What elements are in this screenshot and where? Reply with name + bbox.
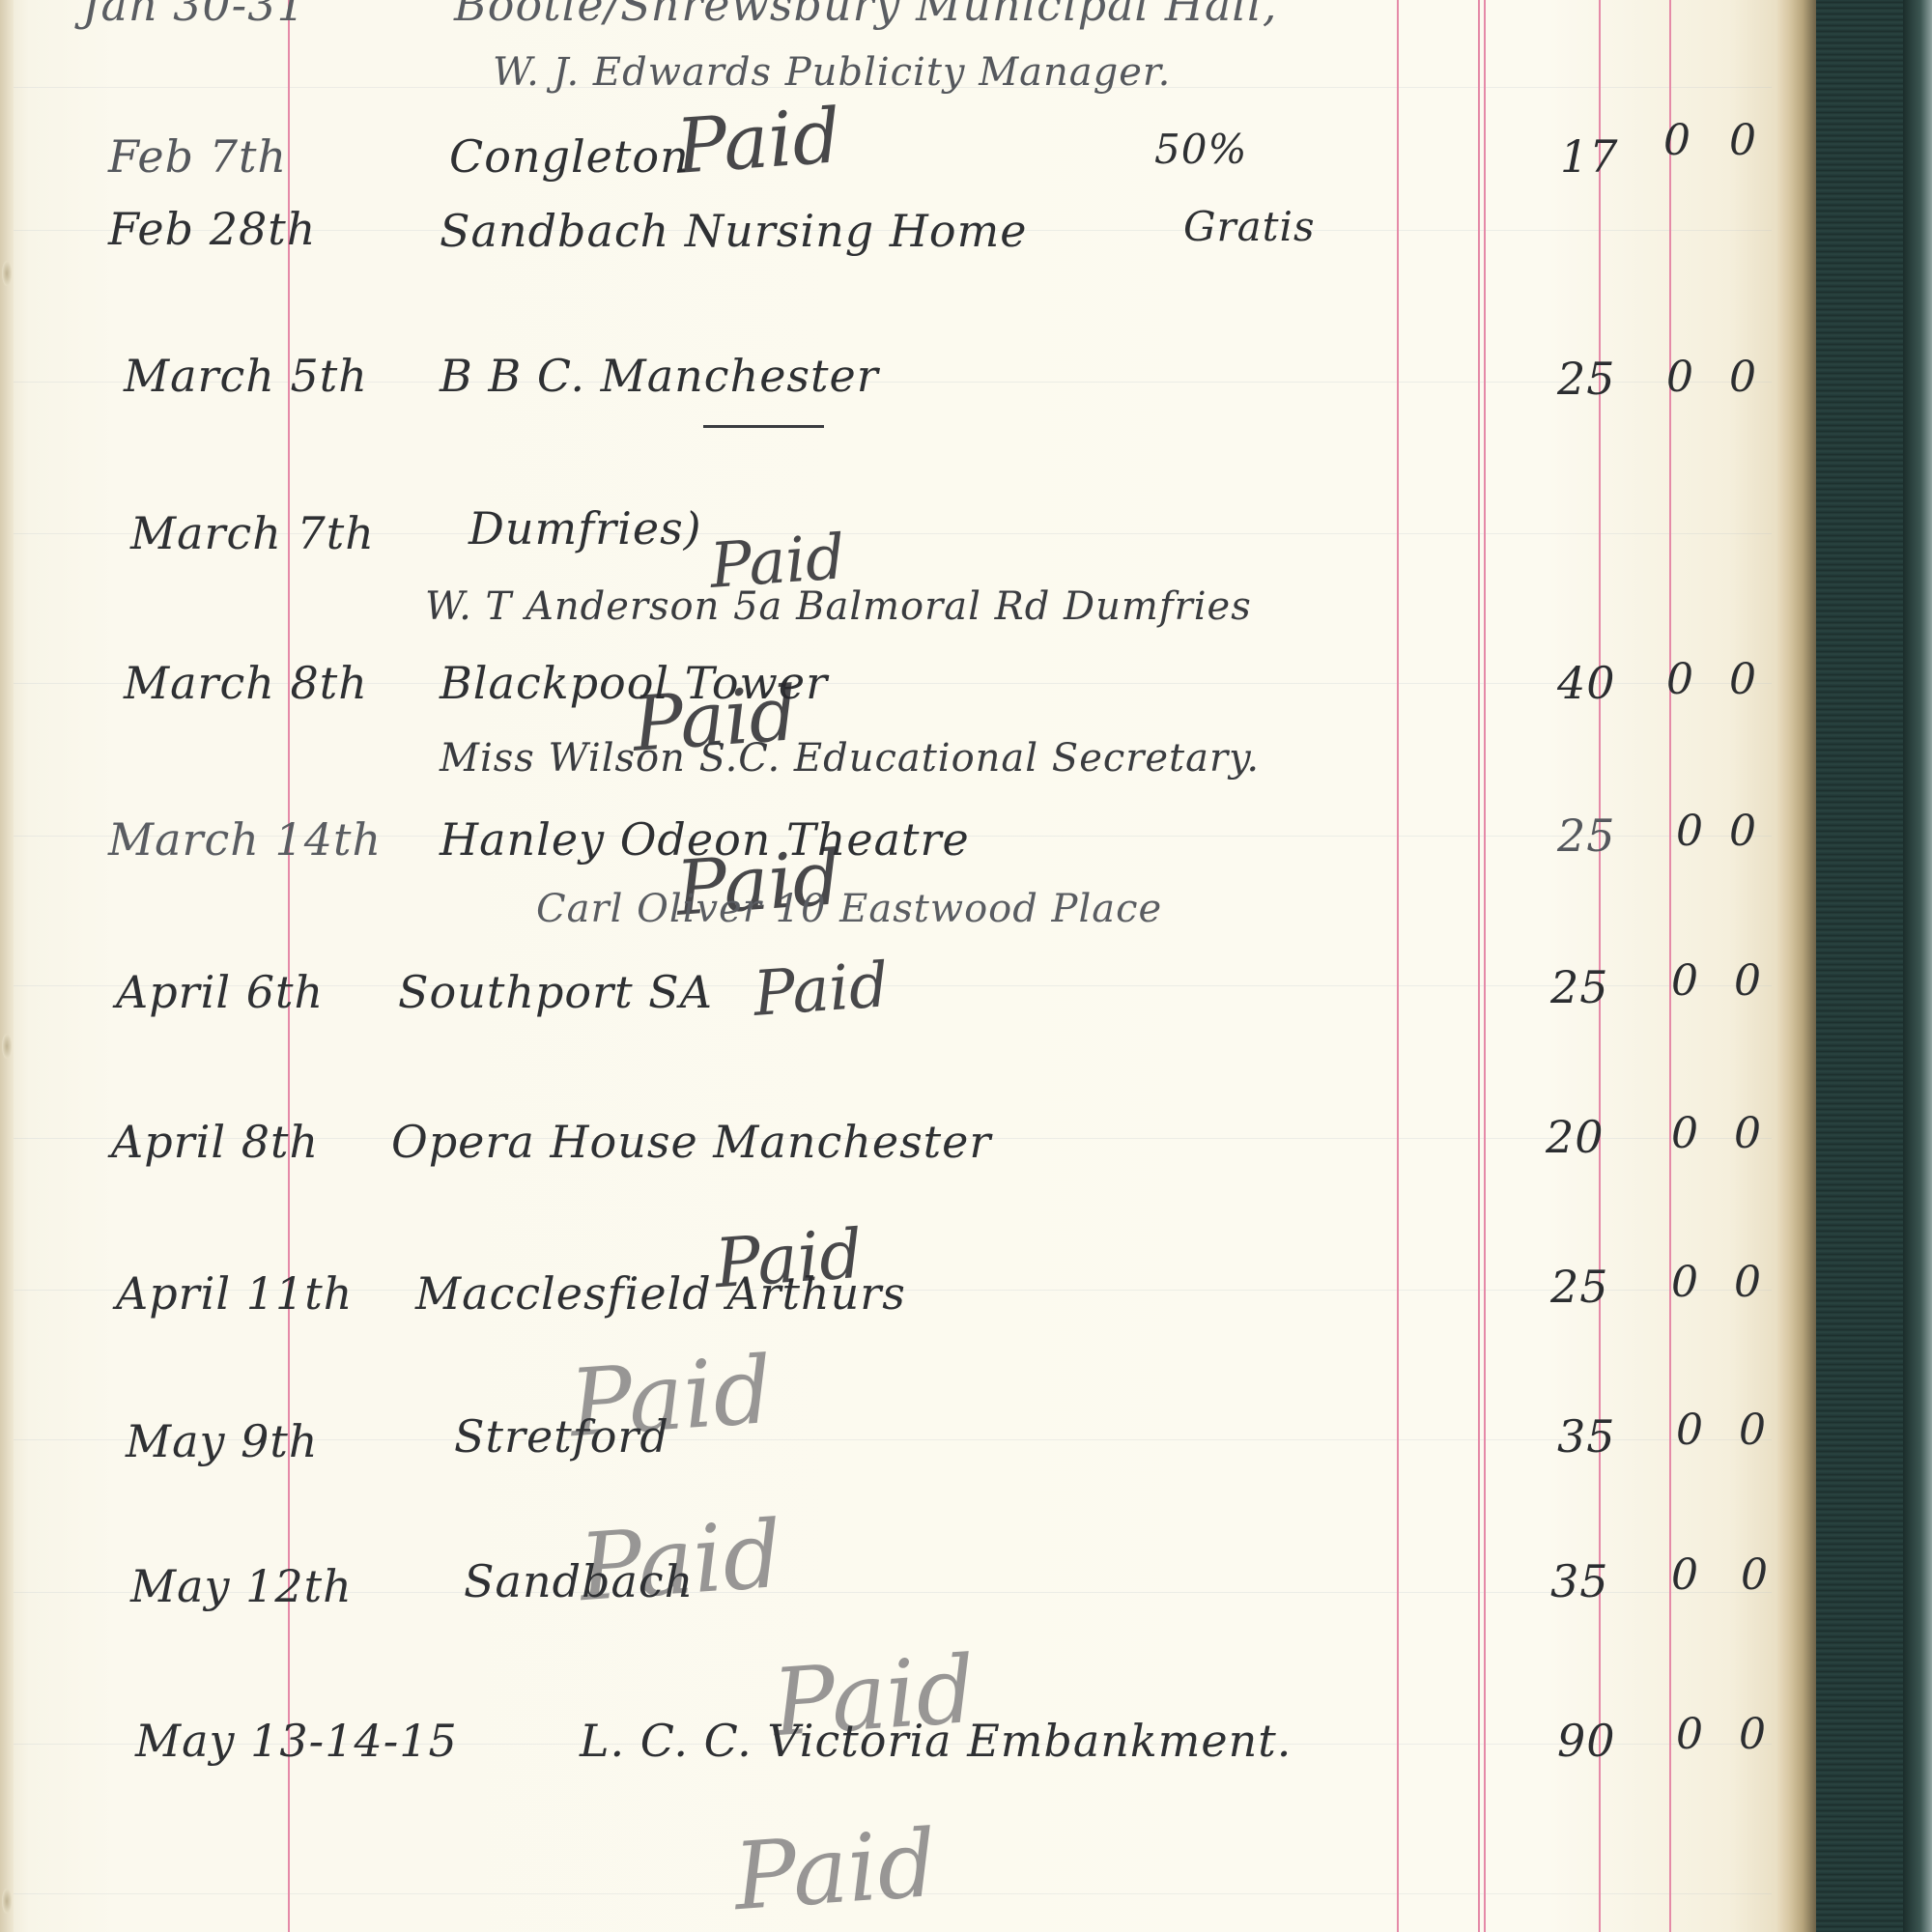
paid-mark: Paid	[673, 93, 843, 191]
book-cover-edge	[1903, 0, 1932, 1932]
amount-shillings: 0	[1676, 1406, 1704, 1455]
entry-contact: W. J. Edwards Publicity Manager.	[493, 50, 1171, 95]
amount-pence: 0	[1729, 655, 1757, 704]
amount-pence: 0	[1739, 1710, 1767, 1759]
entry-date: May 12th	[130, 1560, 353, 1612]
amount-shillings: 0	[1671, 1258, 1699, 1307]
amount-pence: 0	[1729, 116, 1757, 165]
amount-shillings: 0	[1671, 956, 1699, 1006]
amount-shillings: 0	[1676, 1710, 1704, 1759]
amount-shillings: 0	[1666, 353, 1694, 402]
amount-pounds: 25	[1557, 810, 1616, 862]
entry-contact: Miss Wilson S.C. Educational Secretary.	[440, 736, 1260, 781]
entry-description: Dumfries)	[469, 502, 702, 554]
entry-description: Sandbach	[464, 1555, 694, 1607]
amount-pounds: 20	[1546, 1111, 1605, 1163]
amount-shillings: 0	[1671, 1550, 1699, 1600]
amount-shillings: 0	[1663, 116, 1691, 165]
entry-date: March 7th	[130, 507, 375, 559]
amount-pence: 0	[1729, 807, 1757, 856]
underline-mark	[703, 425, 824, 428]
description-column-rule	[1397, 0, 1399, 1932]
entry-description: B B C. Manchester	[440, 350, 879, 402]
binding-hole	[2, 261, 12, 286]
amount-shillings: 0	[1671, 1109, 1699, 1158]
paid-mark: Paid	[712, 1214, 865, 1303]
amount-pence: 0	[1741, 1550, 1769, 1600]
entry-description: Congleton	[449, 130, 690, 183]
binding-hole	[2, 1034, 12, 1059]
entry-date: March 8th	[124, 657, 368, 709]
pounds-column-rule	[1478, 0, 1480, 1932]
entry-date: March 5th	[124, 350, 368, 402]
paid-mark: Paid	[752, 950, 892, 1031]
entry-contact: W. T Anderson 5a Balmoral Rd Dumfries	[425, 584, 1252, 629]
entry-note: Gratis	[1183, 203, 1316, 250]
entry-date: Feb 28th	[108, 203, 316, 255]
amount-pounds: 25	[1550, 961, 1609, 1013]
ledger-page: Jan 30-31 Bootle/Shrewsbury Municipal Ha…	[0, 0, 1777, 1932]
binding-hole	[2, 1889, 12, 1914]
page-stack-edge	[1777, 0, 1816, 1932]
entry-note: 50%	[1154, 126, 1247, 173]
page-left-edge	[0, 0, 14, 1932]
entry-date: May 13-14-15	[135, 1715, 458, 1767]
entry-description: Opera House Manchester	[391, 1116, 991, 1168]
entry-date: April 6th	[116, 966, 324, 1018]
pounds-column-rule-double	[1484, 0, 1486, 1932]
entry-date: March 14th	[108, 813, 382, 866]
entry-date: Jan 30-31	[82, 0, 306, 31]
entry-date: April 11th	[116, 1267, 353, 1320]
entry-date: Feb 7th	[108, 130, 287, 183]
amount-pence: 0	[1734, 1109, 1762, 1158]
amount-shillings: 0	[1666, 655, 1694, 704]
amount-pounds: 40	[1557, 657, 1616, 709]
amount-pounds: 90	[1557, 1715, 1616, 1767]
amount-pence: 0	[1734, 1258, 1762, 1307]
entry-description: Southport SA	[398, 966, 713, 1018]
entry-description: Sandbach Nursing Home	[440, 205, 1027, 257]
entry-contact: Carl Oliver 10 Eastwood Place	[536, 887, 1162, 931]
entry-description: L. C. C. Victoria Embankment.	[580, 1715, 1292, 1767]
amount-shillings: 0	[1676, 807, 1704, 856]
entry-description: Bootle/Shrewsbury Municipal Hall,	[454, 0, 1277, 31]
entry-description: Stretford	[454, 1410, 669, 1463]
pencil-paid-mark: Paid	[730, 1809, 940, 1931]
amount-pence: 0	[1734, 956, 1762, 1006]
entry-date: May 9th	[126, 1415, 319, 1467]
amount-pounds: 35	[1550, 1555, 1609, 1607]
amount-pounds: 35	[1557, 1410, 1616, 1463]
amount-pence: 0	[1739, 1406, 1767, 1455]
entry-date: April 8th	[111, 1116, 319, 1168]
amount-pence: 0	[1729, 353, 1757, 402]
amount-pounds: 17	[1560, 130, 1619, 183]
amount-pounds: 25	[1550, 1261, 1609, 1313]
amount-pounds: 25	[1557, 353, 1616, 405]
